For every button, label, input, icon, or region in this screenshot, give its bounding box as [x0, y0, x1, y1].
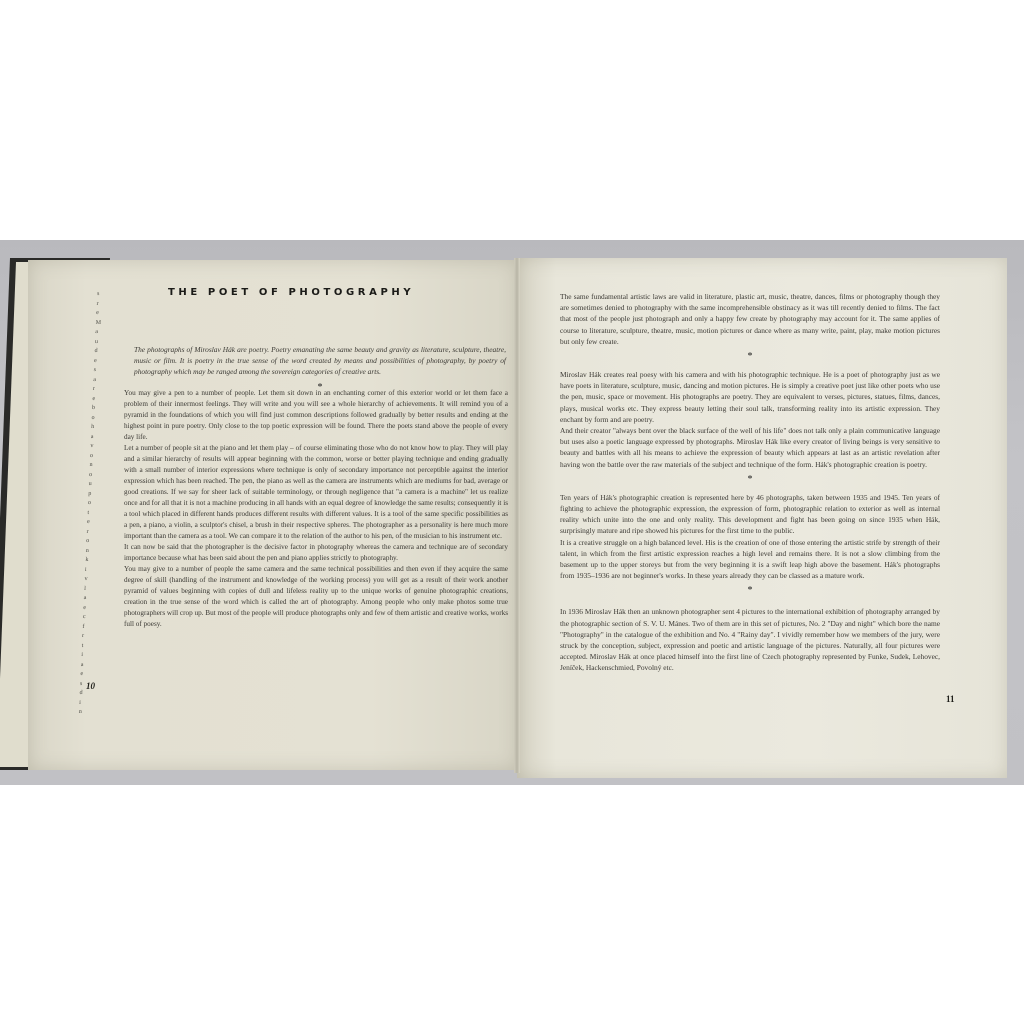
- body-paragraph: Ten years of Hák's photographic creation…: [560, 492, 940, 537]
- margin-letter: v: [84, 575, 94, 585]
- margin-letter: o: [90, 452, 100, 462]
- margin-letter: u: [95, 338, 105, 348]
- margin-letter: n: [79, 708, 89, 718]
- left-body-block: You may give a pen to a number of people…: [124, 388, 508, 630]
- body-paragraph: It is a creative struggle on a high bala…: [560, 537, 940, 582]
- margin-letter: a: [83, 594, 93, 604]
- margin-letter: a: [81, 661, 91, 671]
- margin-letter: i: [81, 651, 91, 661]
- margin-letter: e: [94, 357, 104, 367]
- book-gutter: [514, 258, 520, 773]
- margin-letter: o: [89, 471, 99, 481]
- separator-star: *: [560, 584, 940, 598]
- body-paragraph: And their creator "always bent over the …: [560, 425, 940, 470]
- margin-letter: r: [82, 632, 92, 642]
- margin-letter: a: [91, 433, 101, 443]
- margin-letter: t: [81, 642, 91, 652]
- margin-letter: s: [97, 290, 107, 300]
- margin-letter: c: [83, 613, 93, 623]
- separator-star: *: [560, 350, 940, 364]
- margin-letter: e: [80, 670, 90, 680]
- chapter-title: THE POET OF PHOTOGRAPHY: [168, 287, 468, 298]
- margin-letter: n: [89, 461, 99, 471]
- margin-letter: l: [84, 585, 94, 595]
- body-paragraph: It can now be said that the photographer…: [124, 542, 508, 564]
- separator-star: *: [560, 473, 940, 487]
- margin-letter: k: [85, 556, 95, 566]
- margin-letter: d: [94, 347, 104, 357]
- body-paragraph: Let a number of people sit at the piano …: [124, 443, 508, 542]
- margin-letter: o: [91, 414, 101, 424]
- right-block-1: The same fundamental artistic laws are v…: [560, 291, 940, 674]
- margin-letter: i: [85, 566, 95, 576]
- margin-letter: e: [96, 309, 106, 319]
- margin-letter: a: [95, 328, 105, 338]
- margin-letter: n: [86, 547, 96, 557]
- margin-letter: i: [79, 699, 89, 709]
- margin-letter: u: [88, 480, 98, 490]
- margin-letter: o: [86, 537, 96, 547]
- body-paragraph: In 1936 Miroslav Hák then an unknown pho…: [560, 606, 940, 673]
- margin-letter: o: [88, 499, 98, 509]
- body-paragraph: You may give to a number of people the s…: [124, 564, 508, 630]
- body-paragraph: The same fundamental artistic laws are v…: [560, 291, 940, 347]
- margin-letter: h: [91, 423, 101, 433]
- margin-letter: e: [92, 395, 102, 405]
- margin-letter: p: [88, 490, 98, 500]
- margin-letter: b: [92, 404, 102, 414]
- page-number-right: 11: [946, 694, 955, 704]
- margin-letter: a: [93, 376, 103, 386]
- body-paragraph: Miroslav Hák creates real poesy with his…: [560, 369, 940, 425]
- margin-letter: v: [90, 442, 100, 452]
- body-paragraph: You may give a pen to a number of people…: [124, 388, 508, 443]
- margin-letter: t: [87, 509, 97, 519]
- margin-letter: f: [82, 623, 92, 633]
- intro-paragraph: The photographs of Miroslav Hák are poet…: [134, 344, 506, 378]
- margin-letter: M: [96, 319, 106, 329]
- margin-letter: e: [87, 518, 97, 528]
- margin-letter: s: [93, 366, 103, 376]
- margin-letter: r: [86, 528, 96, 538]
- margin-letter: r: [96, 300, 106, 310]
- page-number-left: 10: [86, 681, 95, 691]
- margin-letter: e: [83, 604, 93, 614]
- margin-letter: r: [93, 385, 103, 395]
